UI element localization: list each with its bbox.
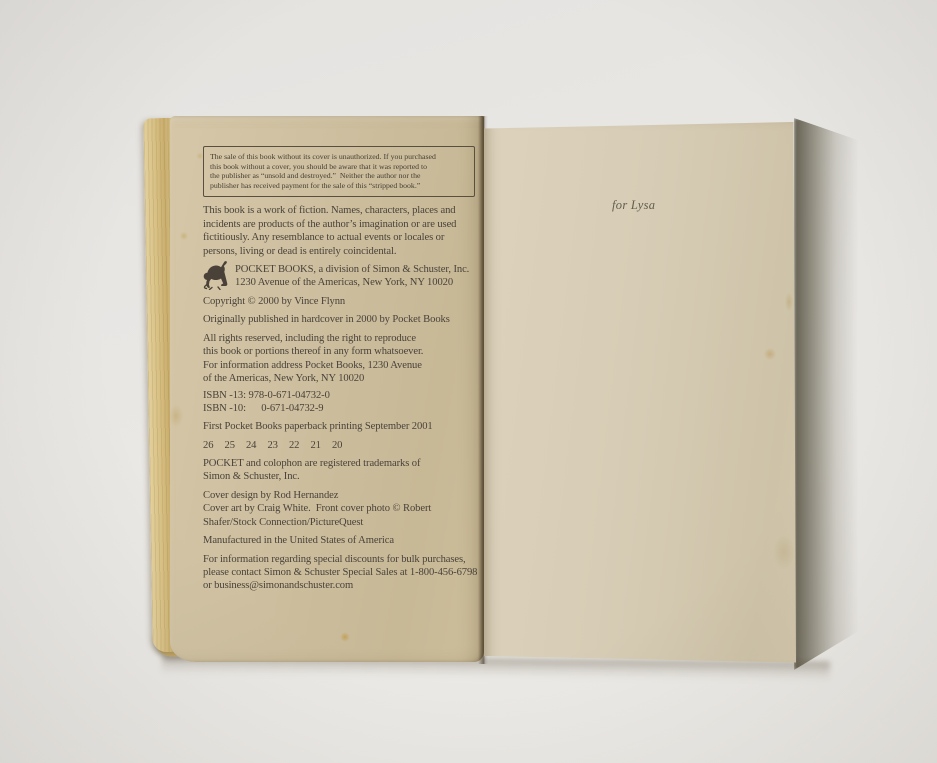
open-book: The sale of this book without its cover … bbox=[148, 108, 848, 674]
kangaroo-colophon-icon bbox=[203, 260, 229, 290]
fiction-disclaimer: This book is a work of fiction. Names, c… bbox=[203, 204, 475, 258]
copyright-text-column: The sale of this book without its cover … bbox=[203, 146, 475, 593]
copyright-line: Copyright © 2000 by Vince Flynn bbox=[203, 295, 475, 308]
dedication-text: for Lysa bbox=[612, 198, 655, 213]
stripped-book-notice-box: The sale of this book without its cover … bbox=[203, 146, 475, 197]
printing-line: First Pocket Books paperback printing Se… bbox=[203, 420, 475, 433]
trademark-notice: POCKET and colophon are registered trade… bbox=[203, 457, 475, 484]
original-publication-line: Originally published in hardcover in 200… bbox=[203, 313, 475, 326]
left-page: The sale of this book without its cover … bbox=[170, 116, 484, 662]
right-page: for Lysa bbox=[484, 122, 796, 668]
photo-background: The sale of this book without its cover … bbox=[0, 0, 937, 763]
manufactured-line: Manufactured in the United States of Ame… bbox=[203, 534, 475, 547]
isbn-lines: ISBN -13: 978-0-671-04732-0 ISBN -10: 0-… bbox=[203, 390, 475, 415]
cover-credits: Cover design by Rod Hernandez Cover art … bbox=[203, 489, 475, 529]
bulk-sales-notice: For information regarding special discou… bbox=[203, 553, 475, 593]
rights-reserved-paragraph: All rights reserved, including the right… bbox=[203, 332, 475, 386]
book-cast-shadow bbox=[794, 118, 858, 670]
publisher-imprint-row: POCKET BOOKS, a division of Simon & Schu… bbox=[203, 263, 475, 290]
print-run-numbers: 26 25 24 23 22 21 20 bbox=[203, 439, 475, 452]
publisher-imprint: POCKET BOOKS, a division of Simon & Schu… bbox=[235, 263, 469, 290]
